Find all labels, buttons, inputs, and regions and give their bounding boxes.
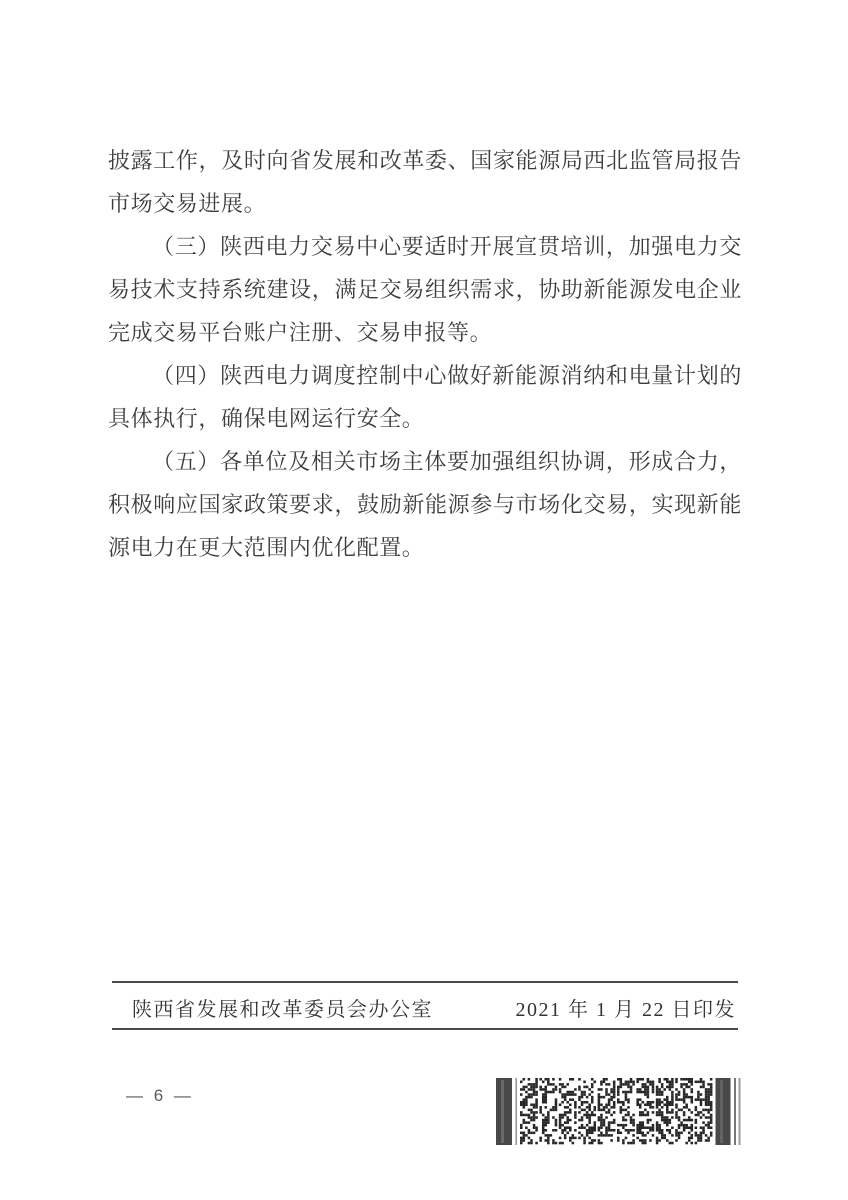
colophon-top-rule — [112, 981, 738, 983]
colophon-issuer: 陕西省发展和改革委员会办公室 — [112, 993, 433, 1022]
paragraph: （四）陕西电力调度控制中心做好新能源消纳和电量计划的具体执行，确保电网运行安全。 — [108, 354, 742, 440]
paragraph: （三）陕西电力交易中心要适时开展宣贯培训，加强电力交易技术支持系统建设，满足交易… — [108, 225, 742, 354]
document-page: 披露工作，及时向省发展和改革委、国家能源局西北监管局报告市场交易进展。（三）陕西… — [0, 0, 848, 1200]
document-body-text: 披露工作，及时向省发展和改革委、国家能源局西北监管局报告市场交易进展。（三）陕西… — [108, 139, 742, 569]
barcode-2d — [496, 1078, 742, 1145]
colophon-bottom-rule — [112, 1028, 738, 1030]
paragraph: 披露工作，及时向省发展和改革委、国家能源局西北监管局报告市场交易进展。 — [108, 139, 742, 225]
page-number: — 6 — — [126, 1086, 194, 1106]
colophon-row: 陕西省发展和改革委员会办公室 2021 年 1 月 22 日印发 — [112, 988, 738, 1026]
paragraph: （五）各单位及相关市场主体要加强组织协调，形成合力，积极响应国家政策要求，鼓励新… — [108, 440, 742, 569]
colophon-print-date: 2021 年 1 月 22 日印发 — [516, 993, 739, 1022]
